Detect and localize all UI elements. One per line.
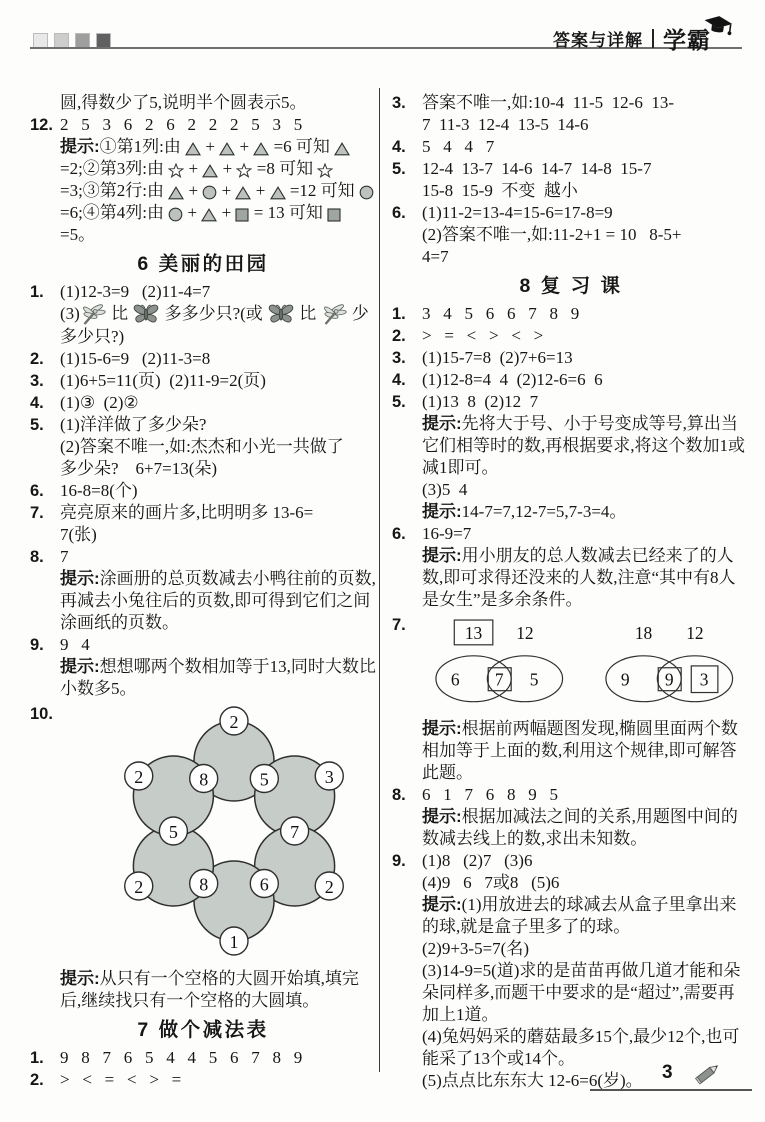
- ellipse-sum-diagram: 1312675: [424, 614, 580, 716]
- triangle-shape-icon: [219, 142, 235, 156]
- triangle-shape-icon: [235, 181, 251, 200]
- answer-item: 3.答案不唯一,如:10-4 11-5 12-6 13-7 11-3 12-4 …: [392, 92, 750, 136]
- footer-rule: [590, 1089, 752, 1091]
- item-number: 6.: [392, 523, 406, 545]
- triangle-shape-icon: [168, 181, 184, 200]
- answer-item: 6.(1)11-2=13-4=15-6=17-8=9(2)答案不唯一,如:11-…: [392, 202, 750, 268]
- text-line: 7(张): [60, 524, 376, 546]
- star-shape-icon: [317, 163, 333, 178]
- item-body: 12-4 13-7 14-6 14-7 14-8 15-715-8 15-9 不…: [422, 158, 750, 202]
- triangle-shape-icon: [201, 203, 217, 222]
- text-line: 4=7: [422, 246, 750, 268]
- item-body: (1)13 8 (2)12 7提示:先将大于号、小于号变成等号,算出当它们相等时…: [422, 391, 750, 523]
- svg-text:6: 6: [260, 875, 269, 895]
- answer-item: 3.(1)15-7=8 (2)7+6=13: [392, 347, 750, 369]
- text-line: (1)11-2=13-4=15-6=17-8=9: [422, 202, 750, 224]
- answer-item: 7.13126751812993提示:根据前两幅题图发现,椭圆里面两个数相加等于…: [392, 614, 750, 784]
- circle-shape-icon: [168, 203, 183, 222]
- flower-circles-diagram: 576858232122: [84, 703, 376, 966]
- hint-label: 提示:: [422, 807, 462, 826]
- header-separator: [652, 29, 654, 48]
- item-body: 9 4提示:想想哪两个数相加等于13,同时大数比小数多5。: [60, 634, 376, 700]
- text-line: 16-8=8(个): [60, 480, 376, 502]
- item-number: 5.: [30, 414, 44, 436]
- answer-item: 9.9 4提示:想想哪两个数相加等于13,同时大数比小数多5。: [30, 634, 376, 700]
- item-body: (1)8 (2)7 (3)6(4)9 6 7或8 (5)6提示:(1)用放进去的…: [422, 850, 750, 1092]
- item-body: (1)15-6=9 (2)11-3=8: [60, 348, 376, 370]
- star-shape-icon: [168, 159, 184, 178]
- text-line: (1)③ (2)②: [60, 392, 376, 414]
- answer-item: 4.5 4 4 7: [392, 136, 750, 158]
- item-body: 576858232122提示:从只有一个空格的大圆开始填,填完后,继续找只有一个…: [60, 703, 376, 1012]
- text-line: 12-4 13-7 14-6 14-7 14-8 15-7: [422, 158, 750, 180]
- item-body: 9 8 7 6 5 4 4 5 6 7 8 9: [60, 1047, 376, 1069]
- triangle-shape-icon: [253, 137, 269, 156]
- text-line: (2)答案不唯一,如:11-2+1 = 10 8-5+: [422, 224, 750, 246]
- item-number: 9.: [392, 850, 406, 872]
- circle-shape-icon: [168, 207, 183, 222]
- item-number: 1.: [392, 303, 406, 325]
- item-number: 4.: [392, 369, 406, 391]
- circle-shape-icon: [202, 181, 217, 200]
- triangle-shape-icon: [202, 164, 218, 178]
- answer-item: 12.2 5 3 6 2 6 2 2 2 5 3 5提示:①第1列:由 + + …: [30, 114, 376, 246]
- ellipse-sum-diagram: 1812993: [594, 614, 750, 716]
- page-number: 3: [662, 1062, 673, 1084]
- svg-text:7: 7: [495, 670, 504, 690]
- item-body: (1)6+5=11(页) (2)11-9=2(页): [60, 370, 376, 392]
- text-line: 16-9=7: [422, 523, 750, 545]
- answer-item: 10.576858232122提示:从只有一个空格的大圆开始填,填完后,继续找只…: [30, 703, 376, 1012]
- item-body: 16-9=7提示:用小朋友的总人数减去已经来了的人数,即可求得还没来的人数,注意…: [422, 523, 750, 611]
- item-number: 7.: [30, 502, 44, 524]
- text-line: 提示:根据加减法之间的关系,用题图中间的数减去线上的数,求出未知数。: [422, 806, 750, 850]
- square-shape-icon: [327, 208, 341, 222]
- svg-text:8: 8: [199, 875, 208, 895]
- text-line: 2 5 3 6 2 6 2 2 2 5 3 5: [60, 114, 376, 136]
- item-number: 10.: [30, 703, 53, 725]
- svg-text:2: 2: [134, 767, 143, 787]
- triangle-shape-icon: [185, 137, 201, 156]
- page-footer: 3: [590, 1060, 752, 1094]
- text-line: 提示:用小朋友的总人数减去已经来了的人数,即可求得还没来的人数,注意“其中有8人…: [422, 545, 750, 611]
- square-shape-icon: [327, 203, 341, 222]
- text-line: (3)5 4: [422, 479, 750, 501]
- answer-item: 2.(1)15-6=9 (2)11-3=8: [30, 348, 376, 370]
- answer-item: 2.> = < > < >: [392, 325, 750, 347]
- svg-text:3: 3: [325, 767, 334, 787]
- svg-text:5: 5: [169, 822, 178, 842]
- answer-item: 5.(1)13 8 (2)12 7提示:先将大于号、小于号变成等号,算出当它们相…: [392, 391, 750, 523]
- text-line: (1)洋洋做了多少朵?: [60, 414, 376, 436]
- answer-item: 6.16-8=8(个): [30, 480, 376, 502]
- answer-item: 2.> < = < > =: [30, 1069, 376, 1091]
- section-heading: 6 美丽的田园: [30, 251, 376, 277]
- answer-item: 4.(1)12-8=4 4 (2)12-6=6 6: [392, 369, 750, 391]
- item-body: (1)12-8=4 4 (2)12-6=6 6: [422, 369, 750, 391]
- text-line: 7: [60, 546, 376, 568]
- header-squares: [33, 33, 111, 48]
- hint-label: 提示:: [422, 719, 462, 738]
- answer-item: 6.16-9=7提示:用小朋友的总人数减去已经来了的人数,即可求得还没来的人数,…: [392, 523, 750, 611]
- answer-item: 4.(1)③ (2)②: [30, 392, 376, 414]
- item-body: 3 4 5 6 6 7 8 9: [422, 303, 750, 325]
- svg-text:12: 12: [516, 623, 533, 643]
- hint-label: 提示:: [422, 502, 462, 521]
- item-body: (1)12-3=9 (2)11-4=7(3) 比 多多少只?(或 比 少多少只?…: [60, 281, 376, 348]
- item-body: (1)15-7=8 (2)7+6=13: [422, 347, 750, 369]
- triangle-shape-icon: [334, 142, 350, 156]
- circle-shape-icon: [202, 185, 217, 200]
- hint-label: 提示:: [60, 657, 100, 676]
- item-body: 2 5 3 6 2 6 2 2 2 5 3 5提示:①第1列:由 + + =6 …: [60, 114, 376, 246]
- answer-item: 1.9 8 7 6 5 4 4 5 6 7 8 9: [30, 1047, 376, 1069]
- triangle-shape-icon: [185, 142, 201, 156]
- header-brand-area: 答案与详解 学霸: [553, 22, 741, 55]
- item-body: (1)11-2=13-4=15-6=17-8=9(2)答案不唯一,如:11-2+…: [422, 202, 750, 268]
- triangle-shape-icon: [334, 137, 350, 156]
- answer-item: 7.亮亮原来的画片多,比明明多 13-6=7(张): [30, 502, 376, 546]
- item-number: 6.: [30, 480, 44, 502]
- header-square: [33, 33, 48, 48]
- item-body: 亮亮原来的画片多,比明明多 13-6=7(张): [60, 502, 376, 546]
- hint-label: 提示:: [60, 569, 100, 588]
- graduation-cap-icon: [703, 15, 733, 42]
- triangle-shape-icon: [270, 181, 286, 200]
- dragonfly-icon: [80, 303, 107, 326]
- svg-text:12: 12: [686, 623, 703, 643]
- svg-text:7: 7: [290, 822, 299, 842]
- text-line: 3 4 5 6 6 7 8 9: [422, 303, 750, 325]
- svg-text:2: 2: [230, 712, 239, 732]
- item-body: (1)洋洋做了多少朵?(2)答案不唯一,如:杰杰和小光一共做了多少朵? 6+7=…: [60, 414, 376, 480]
- item-body: 13126751812993提示:根据前两幅题图发现,椭圆里面两个数相加等于上面…: [422, 614, 750, 784]
- triangle-shape-icon: [219, 137, 235, 156]
- text-line: (3) 比 多多少只?(或 比 少多少只?): [60, 303, 376, 348]
- text-line: 答案不唯一,如:10-4 11-5 12-6 13-: [422, 92, 750, 114]
- text-line: 圆,得数少了5,说明半个圆表示5。: [60, 92, 376, 114]
- item-number: 2.: [392, 325, 406, 347]
- answer-item: 9.(1)8 (2)7 (3)6(4)9 6 7或8 (5)6提示:(1)用放进…: [392, 850, 750, 1092]
- text-line: 提示:想想哪两个数相加等于13,同时大数比小数多5。: [60, 656, 376, 700]
- square-shape-icon: [235, 203, 249, 222]
- svg-text:5: 5: [530, 670, 539, 690]
- circle-shape-icon: [359, 181, 374, 200]
- text-line: (1)6+5=11(页) (2)11-9=2(页): [60, 370, 376, 392]
- item-number: 5.: [392, 391, 406, 413]
- hint-label: 提示:: [60, 137, 100, 156]
- item-number: 2.: [30, 348, 44, 370]
- triangle-shape-icon: [253, 142, 269, 156]
- answer-item: 圆,得数少了5,说明半个圆表示5。: [30, 92, 376, 114]
- item-body: 5 4 4 7: [422, 136, 750, 158]
- answer-item: 8.6 1 7 6 8 9 5提示:根据加减法之间的关系,用题图中间的数减去线上…: [392, 784, 750, 850]
- item-body: 7提示:涂画册的总页数减去小鸭往前的页数,再减去小兔往后的页数,即可得到它们之间…: [60, 546, 376, 634]
- text-line: (2)答案不唯一,如:杰杰和小光一共做了: [60, 436, 376, 458]
- butterfly-icon: [132, 304, 160, 323]
- item-number: 6.: [392, 202, 406, 224]
- svg-text:6: 6: [451, 670, 460, 690]
- item-number: 1.: [30, 1047, 44, 1069]
- star-shape-icon: [168, 163, 184, 178]
- item-body: 圆,得数少了5,说明半个圆表示5。: [60, 92, 376, 114]
- triangle-shape-icon: [235, 186, 251, 200]
- item-number: 9.: [30, 634, 44, 656]
- text-line: 提示:根据前两幅题图发现,椭圆里面两个数相加等于上面的数,利用这个规律,即可解答…: [422, 718, 750, 784]
- item-number: 1.: [30, 281, 44, 303]
- svg-text:13: 13: [465, 623, 483, 643]
- text-line: 提示:14-7=7,12-7=5,7-3=4。: [422, 501, 750, 523]
- item-body: 答案不唯一,如:10-4 11-5 12-6 13-7 11-3 12-4 13…: [422, 92, 750, 136]
- svg-text:2: 2: [325, 877, 334, 897]
- text-line: 提示:(1)用放进去的球减去从盒子里拿出来的球,就是盒子里多了的球。: [422, 894, 750, 938]
- ellipse-sum-diagrams: 13126751812993: [424, 614, 750, 716]
- item-body: 6 1 7 6 8 9 5提示:根据加减法之间的关系,用题图中间的数减去线上的数…: [422, 784, 750, 850]
- text-line: 15-8 15-9 不变 越小: [422, 180, 750, 202]
- text-line: 9 8 7 6 5 4 4 5 6 7 8 9: [60, 1047, 376, 1069]
- triangle-shape-icon: [201, 208, 217, 222]
- dragonfly-icon: [321, 304, 348, 323]
- column-divider: [379, 88, 380, 1072]
- item-number: 4.: [392, 136, 406, 158]
- answer-item: 5.12-4 13-7 14-6 14-7 14-8 15-715-8 15-9…: [392, 158, 750, 202]
- hint-label: 提示:: [60, 969, 100, 988]
- text-line: (1)12-8=4 4 (2)12-6=6 6: [422, 369, 750, 391]
- item-body: > < = < > =: [60, 1069, 376, 1091]
- item-number: 12.: [30, 114, 53, 136]
- item-body: > = < > < >: [422, 325, 750, 347]
- text-line: (1)15-7=8 (2)7+6=13: [422, 347, 750, 369]
- svg-text:18: 18: [635, 623, 653, 643]
- text-line: > < = < > =: [60, 1069, 376, 1091]
- item-body: (1)③ (2)②: [60, 392, 376, 414]
- text-line: 多少朵? 6+7=13(朵): [60, 458, 376, 480]
- circle-shape-icon: [359, 185, 374, 200]
- svg-text:5: 5: [260, 770, 269, 790]
- dragonfly-icon: [80, 304, 107, 323]
- item-number: 3.: [392, 347, 406, 369]
- item-number: 7.: [392, 614, 406, 636]
- text-line: 提示:从只有一个空格的大圆开始填,填完后,继续找只有一个空格的大圆填。: [60, 968, 376, 1012]
- text-line: 提示:涂画册的总页数减去小鸭往前的页数,再减去小兔往后的页数,即可得到它们之间涂…: [60, 568, 376, 634]
- triangle-shape-icon: [168, 186, 184, 200]
- text-line: (1)15-6=9 (2)11-3=8: [60, 348, 376, 370]
- text-line: (4)9 6 7或8 (5)6: [422, 872, 750, 894]
- text-line: (1)13 8 (2)12 7: [422, 391, 750, 413]
- svg-text:2: 2: [134, 877, 143, 897]
- hint-label: 提示:: [422, 895, 462, 914]
- butterfly-icon: [132, 303, 160, 326]
- svg-text:9: 9: [621, 670, 630, 690]
- text-line: 6 1 7 6 8 9 5: [422, 784, 750, 806]
- section-heading: 8 复 习 课: [392, 273, 750, 299]
- butterfly-icon: [267, 304, 295, 323]
- text-line: (1)8 (2)7 (3)6: [422, 850, 750, 872]
- triangle-shape-icon: [202, 159, 218, 178]
- text-line: 5 4 4 7: [422, 136, 750, 158]
- pencil-icon: [692, 1058, 726, 1093]
- text-line: (1)12-3=9 (2)11-4=7: [60, 281, 376, 303]
- svg-text:8: 8: [199, 770, 208, 790]
- workbook-answer-page: 答案与详解 学霸 圆,得数少了5,说明半个圆表示5。12.2 5 3 6 2 6…: [0, 0, 765, 1122]
- text-line: 提示:先将大于号、小于号变成等号,算出当它们相等时的数,再根据要求,将这个数加1…: [422, 413, 750, 479]
- text-line: (3)14-9=5(道)求的是苗苗再做几道才能和朵朵同样多,而题干中要求的是“超…: [422, 960, 750, 1026]
- svg-text:3: 3: [700, 670, 709, 690]
- item-number: 3.: [30, 370, 44, 392]
- item-number: 3.: [392, 92, 406, 114]
- header-square: [75, 33, 90, 48]
- answer-item: 1.(1)12-3=9 (2)11-4=7(3) 比 多多少只?(或 比 少多少…: [30, 281, 376, 348]
- header-square: [54, 33, 69, 48]
- text-line: 亮亮原来的画片多,比明明多 13-6=: [60, 502, 376, 524]
- left-column: 圆,得数少了5,说明半个圆表示5。12.2 5 3 6 2 6 2 2 2 5 …: [30, 92, 376, 1091]
- text-line: > = < > < >: [422, 325, 750, 347]
- triangle-shape-icon: [270, 186, 286, 200]
- right-column: 3.答案不唯一,如:10-4 11-5 12-6 13-7 11-3 12-4 …: [392, 92, 750, 1092]
- header-square: [96, 33, 111, 48]
- item-number: 2.: [30, 1069, 44, 1091]
- svg-text:9: 9: [665, 670, 674, 690]
- square-shape-icon: [235, 208, 249, 222]
- text-line: 提示:①第1列:由 + + =6 可知 =2;②第3列:由 + + =8 可知 …: [60, 136, 376, 246]
- text-line: (2)9+3-5=7(名): [422, 938, 750, 960]
- answer-item: 1.3 4 5 6 6 7 8 9: [392, 303, 750, 325]
- answer-item: 8.7提示:涂画册的总页数减去小鸭往前的页数,再减去小兔往后的页数,即可得到它们…: [30, 546, 376, 634]
- star-shape-icon: [317, 159, 333, 178]
- dragonfly-icon: [321, 303, 348, 326]
- svg-text:1: 1: [230, 932, 239, 952]
- text-line: 7 11-3 12-4 13-5 14-6: [422, 114, 750, 136]
- answer-item: 3.(1)6+5=11(页) (2)11-9=2(页): [30, 370, 376, 392]
- butterfly-icon: [267, 303, 295, 326]
- header-title: 答案与详解: [553, 26, 643, 51]
- item-number: 5.: [392, 158, 406, 180]
- item-number: 4.: [30, 392, 44, 414]
- text-line: 9 4: [60, 634, 376, 656]
- section-heading: 7 做个减法表: [30, 1017, 376, 1043]
- star-shape-icon: [236, 159, 252, 178]
- item-number: 8.: [392, 784, 406, 806]
- flower-circles-diagram: 576858232122: [84, 703, 384, 961]
- hint-label: 提示:: [422, 414, 462, 433]
- star-shape-icon: [236, 163, 252, 178]
- item-body: 16-8=8(个): [60, 480, 376, 502]
- item-number: 8.: [30, 546, 44, 568]
- hint-label: 提示:: [422, 546, 462, 565]
- answer-item: 5.(1)洋洋做了多少朵?(2)答案不唯一,如:杰杰和小光一共做了多少朵? 6+…: [30, 414, 376, 480]
